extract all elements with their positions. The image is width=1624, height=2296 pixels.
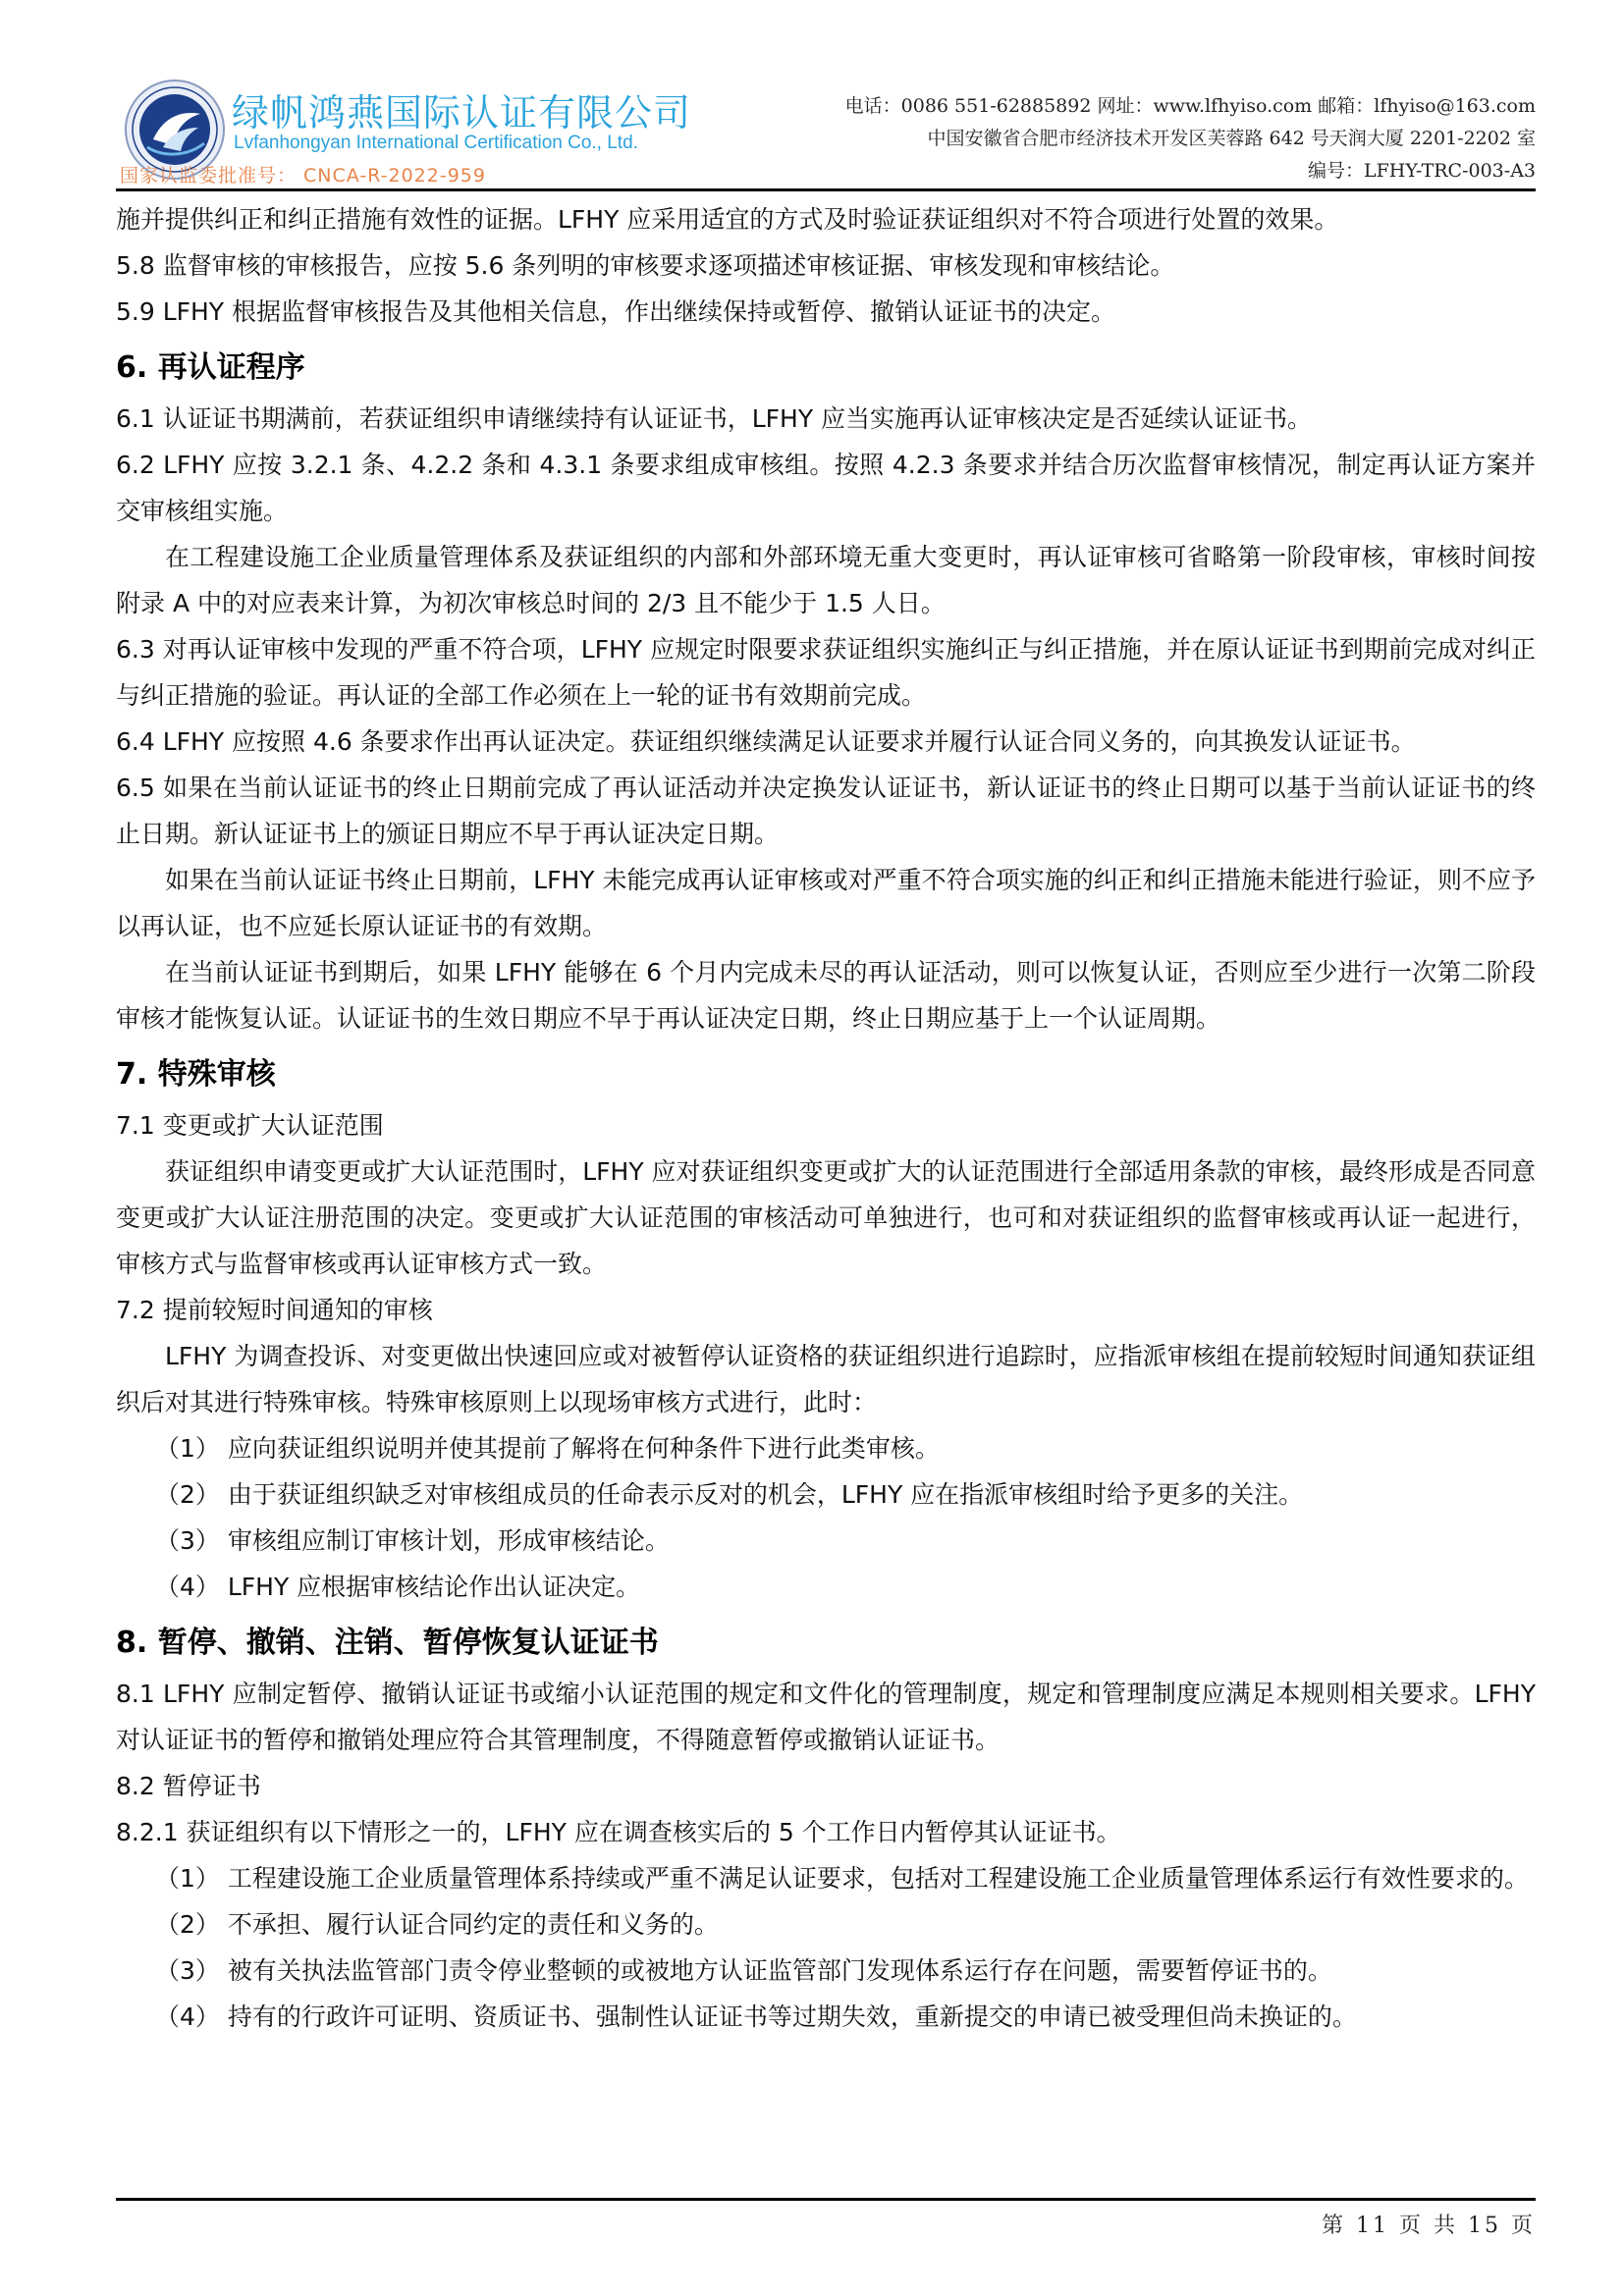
clause-6-3: 6.3 对再认证审核中发现的严重不符合项，LFHY 应规定时限要求获证组织实施纠… (116, 626, 1536, 719)
clause-8-2-1: 8.2.1 获证组织有以下情形之一的，LFHY 应在调查核实后的 5 个工作日内… (116, 1809, 1536, 1855)
clause-6-5: 6.5 如果在当前认证证书的终止日期前完成了再认证活动并决定换发认证证书，新认证… (116, 765, 1536, 857)
section-heading-7: 7. 特殊审核 (116, 1047, 1536, 1102)
list-item: （4） LFHY 应根据审核结论作出认证决定。 (116, 1564, 1536, 1610)
clause-7-1: 7.1 变更或扩大认证范围 (116, 1102, 1536, 1148)
page-indicator: 第 11 页 共 15 页 (1322, 2209, 1536, 2239)
paragraph: LFHY 为调查投诉、对变更做出快速回应或对被暂停认证资格的获证组织进行追踪时，… (116, 1333, 1536, 1425)
paragraph: 获证组织申请变更或扩大认证范围时，LFHY 应对获证组织变更或扩大的认证范围进行… (116, 1148, 1536, 1287)
list-item: （3） 被有关执法监管部门责令停业整顿的或被地方认证监管部门发现体系运行存在问题… (116, 1948, 1536, 1994)
address-line: 中国安徽省合肥市经济技术开发区芙蓉路 642 号天润大厦 2201-2202 室 (845, 123, 1536, 155)
section-heading-8: 8. 暂停、撤销、注销、暂停恢复认证证书 (116, 1616, 1536, 1671)
clause-6-1: 6.1 认证证书期满前，若获证组织申请继续持有认证证书，LFHY 应当实施再认证… (116, 396, 1536, 442)
list-item: （1） 应向获证组织说明并使其提前了解将在何种条件下进行此类审核。 (116, 1425, 1536, 1471)
list-item: （2） 由于获证组织缺乏对审核组成员的任命表示反对的机会，LFHY 应在指派审核… (116, 1471, 1536, 1518)
list-item: （3） 审核组应制订审核计划，形成审核结论。 (116, 1518, 1536, 1564)
approval-number: 国家认监委批准号： CNCA-R-2022-959 (120, 161, 486, 187)
company-name-cn: 绿帆鸿燕国际认证有限公司 (232, 82, 691, 136)
section-heading-6: 6. 再认证程序 (116, 341, 1536, 396)
list-item: （2） 不承担、履行认证合同约定的责任和义务的。 (116, 1901, 1536, 1948)
document-body: 施并提供纠正和纠正措施有效性的证据。LFHY 应采用适宜的方式及时验证获证组织对… (116, 196, 1536, 2040)
list-item: （1） 工程建设施工企业质量管理体系持续或严重不满足认证要求，包括对工程建设施工… (116, 1855, 1536, 1901)
header-divider (116, 188, 1536, 191)
company-name-en: Lvfanhongyan International Certification… (234, 133, 638, 154)
clause-8-2: 8.2 暂停证书 (116, 1763, 1536, 1809)
paragraph: 在当前认证证书到期后，如果 LFHY 能够在 6 个月内完成未尽的再认证活动，则… (116, 949, 1536, 1041)
contact-block: 电话：0086 551-62885892 网址：www.lfhyiso.com … (845, 90, 1536, 187)
clause-6-4: 6.4 LFHY 应按照 4.6 条要求作出再认证决定。获证组织继续满足认证要求… (116, 719, 1536, 765)
clause-5-9: 5.9 LFHY 根据监督审核报告及其他相关信息，作出继续保持或暂停、撤销认证证… (116, 289, 1536, 335)
contact-line: 电话：0086 551-62885892 网址：www.lfhyiso.com … (845, 90, 1536, 123)
clause-5-8: 5.8 监督审核的审核报告，应按 5.6 条列明的审核要求逐项描述审核证据、审核… (116, 242, 1536, 289)
document-page: 绿帆鸿燕国际认证有限公司 Lvfanhongyan International … (0, 0, 1624, 2296)
clause-6-2: 6.2 LFHY 应按 3.2.1 条、4.2.2 条和 4.3.1 条要求组成… (116, 442, 1536, 534)
list-item: （4） 持有的行政许可证明、资质证书、强制性认证证书等过期失效，重新提交的申请已… (116, 1994, 1536, 2040)
document-number: 编号：LFHY-TRC-003-A3 (845, 155, 1536, 187)
letterhead: 绿帆鸿燕国际认证有限公司 Lvfanhongyan International … (116, 77, 1536, 187)
clause-7-2: 7.2 提前较短时间通知的审核 (116, 1287, 1536, 1333)
paragraph: 在工程建设施工企业质量管理体系及获证组织的内部和外部环境无重大变更时，再认证审核… (116, 534, 1536, 626)
paragraph: 施并提供纠正和纠正措施有效性的证据。LFHY 应采用适宜的方式及时验证获证组织对… (116, 196, 1536, 242)
paragraph: 如果在当前认证证书终止日期前，LFHY 未能完成再认证审核或对严重不符合项实施的… (116, 857, 1536, 949)
footer-divider (116, 2198, 1536, 2201)
clause-8-1: 8.1 LFHY 应制定暂停、撤销认证证书或缩小认证范围的规定和文件化的管理制度… (116, 1671, 1536, 1763)
